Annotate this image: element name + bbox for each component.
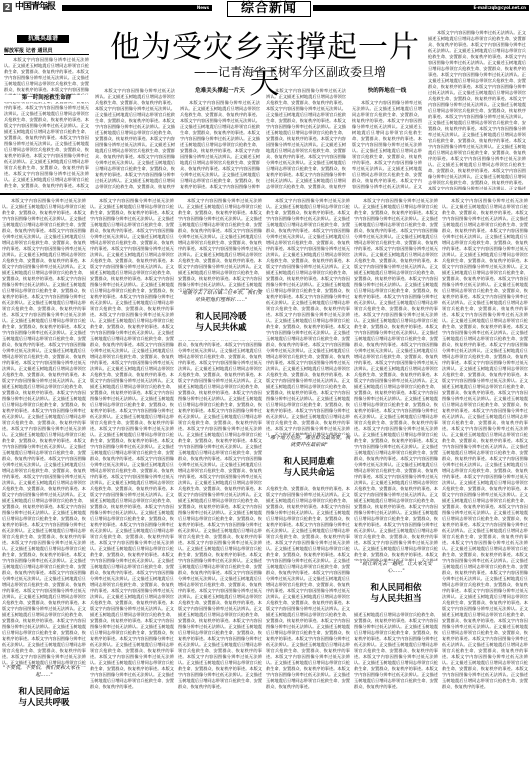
byline: 解放军报 记者 通讯员 <box>4 48 89 55</box>
upper-subhead-1: 危难关头撑起一片天 <box>180 88 260 95</box>
subtitle: ——记青海省玉树军分区副政委旦增 <box>170 65 410 79</box>
quote-box-2: "哪个地方危险，哪里群众最需要，我就要冲在最前面" 和人民同患难 与人民共命运 <box>266 435 352 485</box>
quote-box-3: "不要慌，不要怕，我们要和大家在一起……" 和人民同命运 与人民共呼吸 <box>2 665 86 715</box>
decorative-slashes: //// <box>44 4 49 11</box>
upper-col-5: 本版文字内容因图像分辨率过低无法辨认。正文描述玉树地震后旦增同志带领官兵抢救生命… <box>428 30 526 190</box>
news-label: News <box>194 5 212 11</box>
masthead-logo: 中国青年报 <box>15 2 55 12</box>
lower-col-2: 本版文字内容因图像分辨率过低无法辨认。正文描述玉树地震后旦增同志带领官兵抢救生命… <box>90 198 174 763</box>
page-number: 2 <box>3 3 12 12</box>
upper-col-4: 本版文字内容因图像分辨率过低无法辨认。正文描述玉树地震后旦增同志带领官兵抢救生命… <box>352 100 422 190</box>
page-header: 2 中国青年报 //// 2010年4月29日 星期五 News 综合新闻 本版… <box>0 0 530 14</box>
date-bar: 2010年4月29日 星期五 News <box>62 5 212 11</box>
upper-col-2: 本版文字内容因图像分辨率过低无法辨认。正文描述玉树地震后旦增同志带领官兵抢救生命… <box>180 100 260 190</box>
quote-box-4: "就让咱先去一趟吧，让大家先安心……" 和人民同相依 与人民共担当 <box>354 561 438 611</box>
email: E-mail:zqb@cyol.net.cn <box>471 5 529 11</box>
upper-col-1: 本版文字内容因图像分辨率过低无法辨认。正文描述玉树地震后旦增同志带领官兵抢救生命… <box>95 88 175 190</box>
sidebar-subhead: 第一时间抢救生命群 <box>4 95 89 102</box>
editor-bar: 本版编辑/审校 本版 电话 010-64098 E-mail:zqb@cyol.… <box>313 5 529 11</box>
upper-subhead-2: 快的阵地在一线 <box>352 88 422 95</box>
quote-box-1: "地震夺去了结古镇三位乡亲，我们要尽快把他们埋葬好……" 和人民同冷暖 与人民共… <box>178 290 264 340</box>
upper-col-3: 本版文字内容因图像分辨率过低无法辨认。正文描述玉树地震后旦增同志带领官兵抢救生命… <box>266 88 346 190</box>
sidebar-label: 抗震英雄谱 <box>17 35 69 43</box>
lower-col-6: 本版文字内容因图像分辨率过低无法辨认。正文描述玉树地震后旦增同志带领官兵抢救生命… <box>442 198 528 763</box>
lower-col-5: 本版文字内容因图像分辨率过低无法辨认。正文描述玉树地震后旦增同志带领官兵抢救生命… <box>354 198 438 763</box>
editor-info: 本版编辑/审校 本版 电话 010-64098 <box>313 16 389 22</box>
lower-col-3: 本版文字内容因图像分辨率过低无法辨认。正文描述玉树地震后旦增同志带领官兵抢救生命… <box>178 198 262 763</box>
issue-date: 2010年4月29日 星期五 <box>62 16 113 22</box>
section-separator <box>0 193 530 195</box>
section-title: 综合新闻 <box>227 1 311 17</box>
sidebar-body: 本版文字内容因图像分辨率过低无法辨认。正文描述玉树地震后旦增同志带领官兵抢救生命… <box>4 57 89 190</box>
